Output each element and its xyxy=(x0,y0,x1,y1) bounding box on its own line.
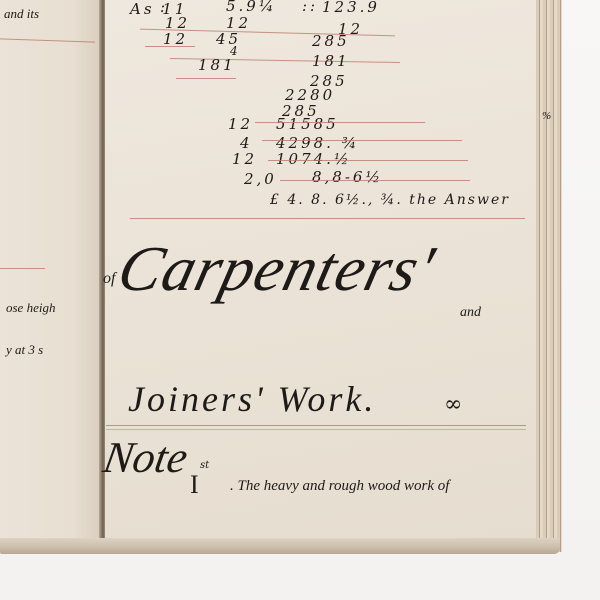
calc-value: 181 xyxy=(198,56,236,74)
margin-mark: % xyxy=(542,110,551,122)
ruled-line xyxy=(130,218,525,219)
heading-joiners-work: Joiners' Work. xyxy=(128,378,376,420)
calc-value: 285 xyxy=(312,32,350,50)
left-page-fragment: ose heigh xyxy=(6,300,55,316)
proportion-right: 123.9 xyxy=(322,0,380,16)
heading-of: of xyxy=(103,270,115,288)
left-page-fragment: and its xyxy=(4,6,39,22)
page-bottom-edge xyxy=(0,538,560,554)
quotient: 1074.½ xyxy=(276,150,351,168)
open-book: and its ose heigh y at 3 s % As 11 : 5.9… xyxy=(0,0,560,552)
flourish-ornament: ∞ xyxy=(444,392,462,417)
heading-carpenters: Carpenters' xyxy=(111,232,442,306)
page-edges: % xyxy=(536,0,562,552)
quotient: 8,8-6½ xyxy=(312,168,383,186)
answer-line: £ 4. 8. 6½., ¾. the Answer xyxy=(270,192,510,208)
proportion-separator: :: xyxy=(302,0,318,15)
ruled-line xyxy=(268,160,468,161)
ruled-line xyxy=(0,38,95,42)
divisor: 2,0 xyxy=(244,170,277,188)
divisor: 12 xyxy=(228,115,253,133)
note-text: . The heavy and rough wood work of xyxy=(230,478,449,495)
note-label: Note xyxy=(100,432,192,483)
ruled-line xyxy=(255,122,425,123)
calc-value: 181 xyxy=(312,52,350,70)
quotient: 51585 xyxy=(276,115,339,133)
ruled-line xyxy=(145,46,195,47)
ruled-line xyxy=(0,268,45,269)
heading-underline xyxy=(106,429,526,430)
note-superscript: st xyxy=(200,460,209,471)
heading-and: and xyxy=(460,305,481,321)
ruled-line xyxy=(280,180,470,181)
proportion-middle: 5.9¼ xyxy=(226,0,276,15)
note-numeral: I xyxy=(190,470,199,500)
ruled-line xyxy=(262,140,462,141)
proportion-unit: ins. xyxy=(382,0,410,2)
left-page-fragment: y at 3 s xyxy=(6,342,43,358)
left-page: and its ose heigh y at 3 s xyxy=(0,0,103,552)
heading-underline xyxy=(106,425,526,426)
divisor: 12 xyxy=(232,150,257,168)
ruled-line xyxy=(176,78,236,79)
